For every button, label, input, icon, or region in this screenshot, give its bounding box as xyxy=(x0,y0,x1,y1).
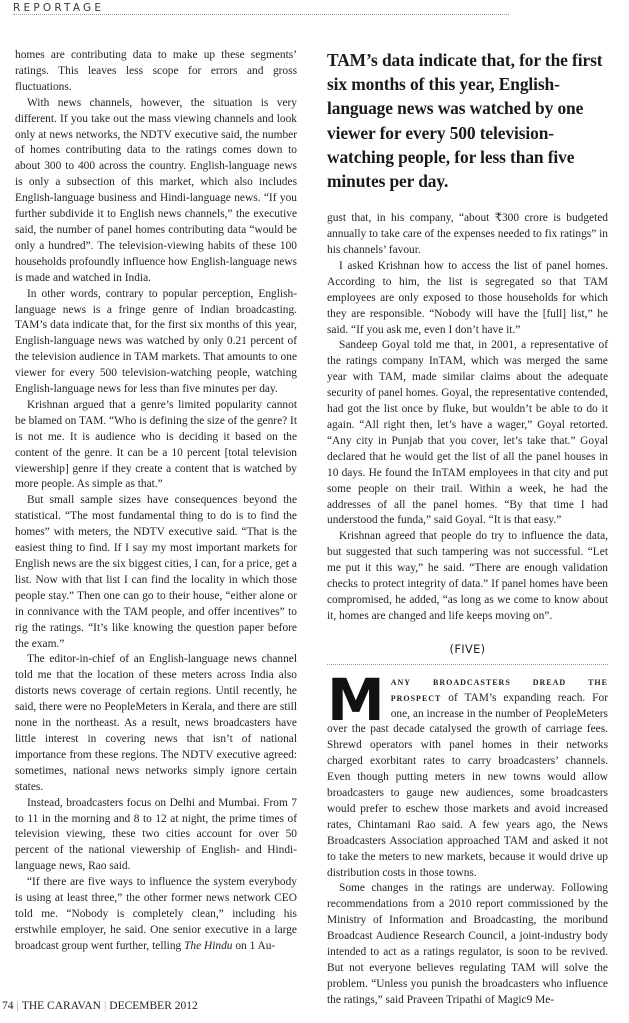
footer-separator: | xyxy=(104,1000,106,1012)
paragraph: Sandeep Goyal told me that, in 2001, a r… xyxy=(327,338,608,529)
paragraph: With news channels, however, the situati… xyxy=(15,96,297,287)
section-rule xyxy=(13,14,509,15)
paragraph: gust that, in his company, “about ₹300 c… xyxy=(327,211,608,259)
section-break-heading: (FIVE) xyxy=(327,642,608,658)
paragraph: The editor-in-chief of an English-langua… xyxy=(15,652,297,795)
page-footer: 74|THE CARAVAN|DECEMBER 2012 xyxy=(2,1000,198,1012)
page-number: 74 xyxy=(2,1000,14,1012)
publication-name: THE CARAVAN xyxy=(22,1000,101,1012)
paragraph: Krishnan argued that a genre’s limited p… xyxy=(15,398,297,493)
publication-title: The Hindu xyxy=(184,940,232,952)
section-break-rule xyxy=(327,664,608,665)
paragraph: I asked Krishnan how to access the list … xyxy=(327,259,608,339)
paragraph: Krishnan agreed that people do try to in… xyxy=(327,529,608,624)
paragraph: But small sample sizes have consequences… xyxy=(15,493,297,652)
right-column: TAM’s data indicate that, for the first … xyxy=(327,48,608,1009)
paragraph: In other words, contrary to popular perc… xyxy=(15,287,297,398)
lead-paragraph: Many broadcasters dread the prospect of … xyxy=(327,675,608,882)
paragraph: Instead, broadcasters focus on Delhi and… xyxy=(15,796,297,876)
drop-cap: M xyxy=(327,678,385,722)
paragraph-text: on 1 Au- xyxy=(233,940,276,952)
issue-date: DECEMBER 2012 xyxy=(109,1000,198,1012)
footer-separator: | xyxy=(17,1000,19,1012)
paragraph: “If there are five ways to influence the… xyxy=(15,875,297,955)
paragraph: Some changes in the ratings are underway… xyxy=(327,881,608,1008)
paragraph: homes are contributing data to make up t… xyxy=(15,48,297,96)
left-column: homes are contributing data to make up t… xyxy=(15,48,297,955)
pull-quote: TAM’s data indicate that, for the first … xyxy=(327,48,608,193)
section-label: REPORTAGE xyxy=(13,2,104,14)
